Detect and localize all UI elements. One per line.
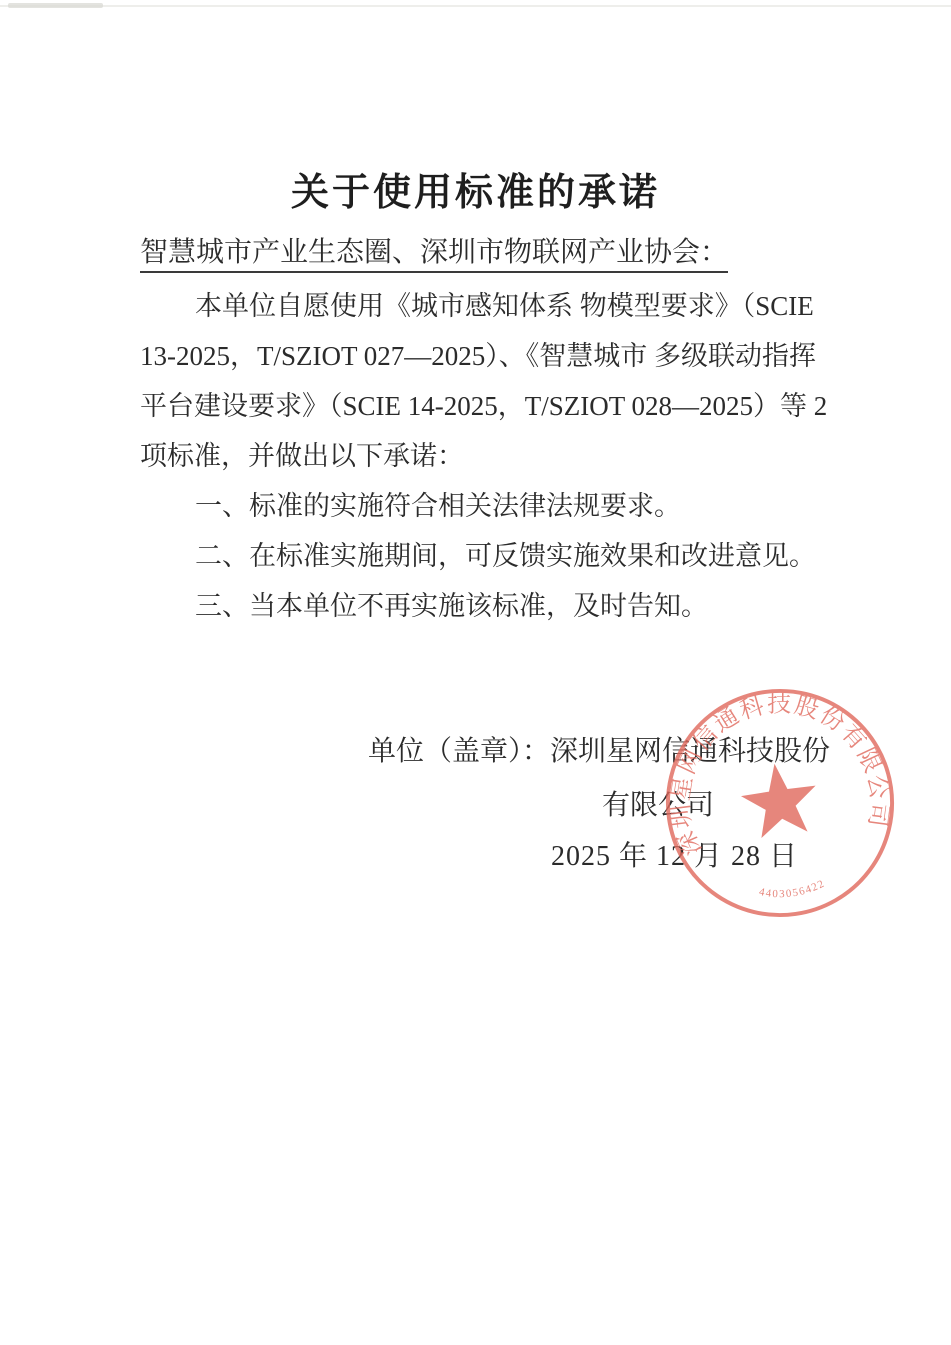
commitment-item-3: 三、当本单位不再实施该标准，及时告知。 xyxy=(140,581,830,631)
seal-serial-text: 4403056422 xyxy=(756,877,828,904)
document-page: 关于使用标准的承诺 智慧城市产业生态圈、深圳市物联网产业协会： 本单位自愿使用《… xyxy=(0,0,951,1345)
signature-unit-line: 单位（盖章）：深圳星网信通科技股份 xyxy=(368,729,830,769)
body-line: 项标准，并做出以下承诺： xyxy=(140,431,830,481)
body-line: 本单位自愿使用《城市感知体系 物模型要求》（SCIE xyxy=(140,281,830,331)
salutation-text: 智慧城市产业生态圈、深圳市物联网产业协会： xyxy=(140,237,728,273)
body-line: 13-2025，T/SZIOT 027—2025）、《智慧城市 多级联动指挥 xyxy=(140,331,830,381)
signature-unit-line-2: 有限公司 xyxy=(602,783,714,823)
commitment-item-1: 一、标准的实施符合相关法律法规要求。 xyxy=(140,481,830,531)
scan-corner-artifact xyxy=(8,3,103,8)
signature-date: 2025 年 12 月 28 日 xyxy=(551,834,798,874)
body-line: 平台建设要求》（SCIE 14-2025，T/SZIOT 028—2025）等 … xyxy=(140,381,830,431)
scan-edge-artifact xyxy=(0,5,951,7)
salutation-line: 智慧城市产业生态圈、深圳市物联网产业协会： xyxy=(140,230,728,270)
commitment-item-2: 二、在标准实施期间，可反馈实施效果和改进意见。 xyxy=(140,531,830,581)
seal-star-icon xyxy=(737,758,822,840)
seal-serial-arc: 4403056422 xyxy=(756,877,828,904)
document-body: 本单位自愿使用《城市感知体系 物模型要求》（SCIE 13-2025，T/SZI… xyxy=(140,281,830,631)
document-title: 关于使用标准的承诺 xyxy=(0,161,951,216)
